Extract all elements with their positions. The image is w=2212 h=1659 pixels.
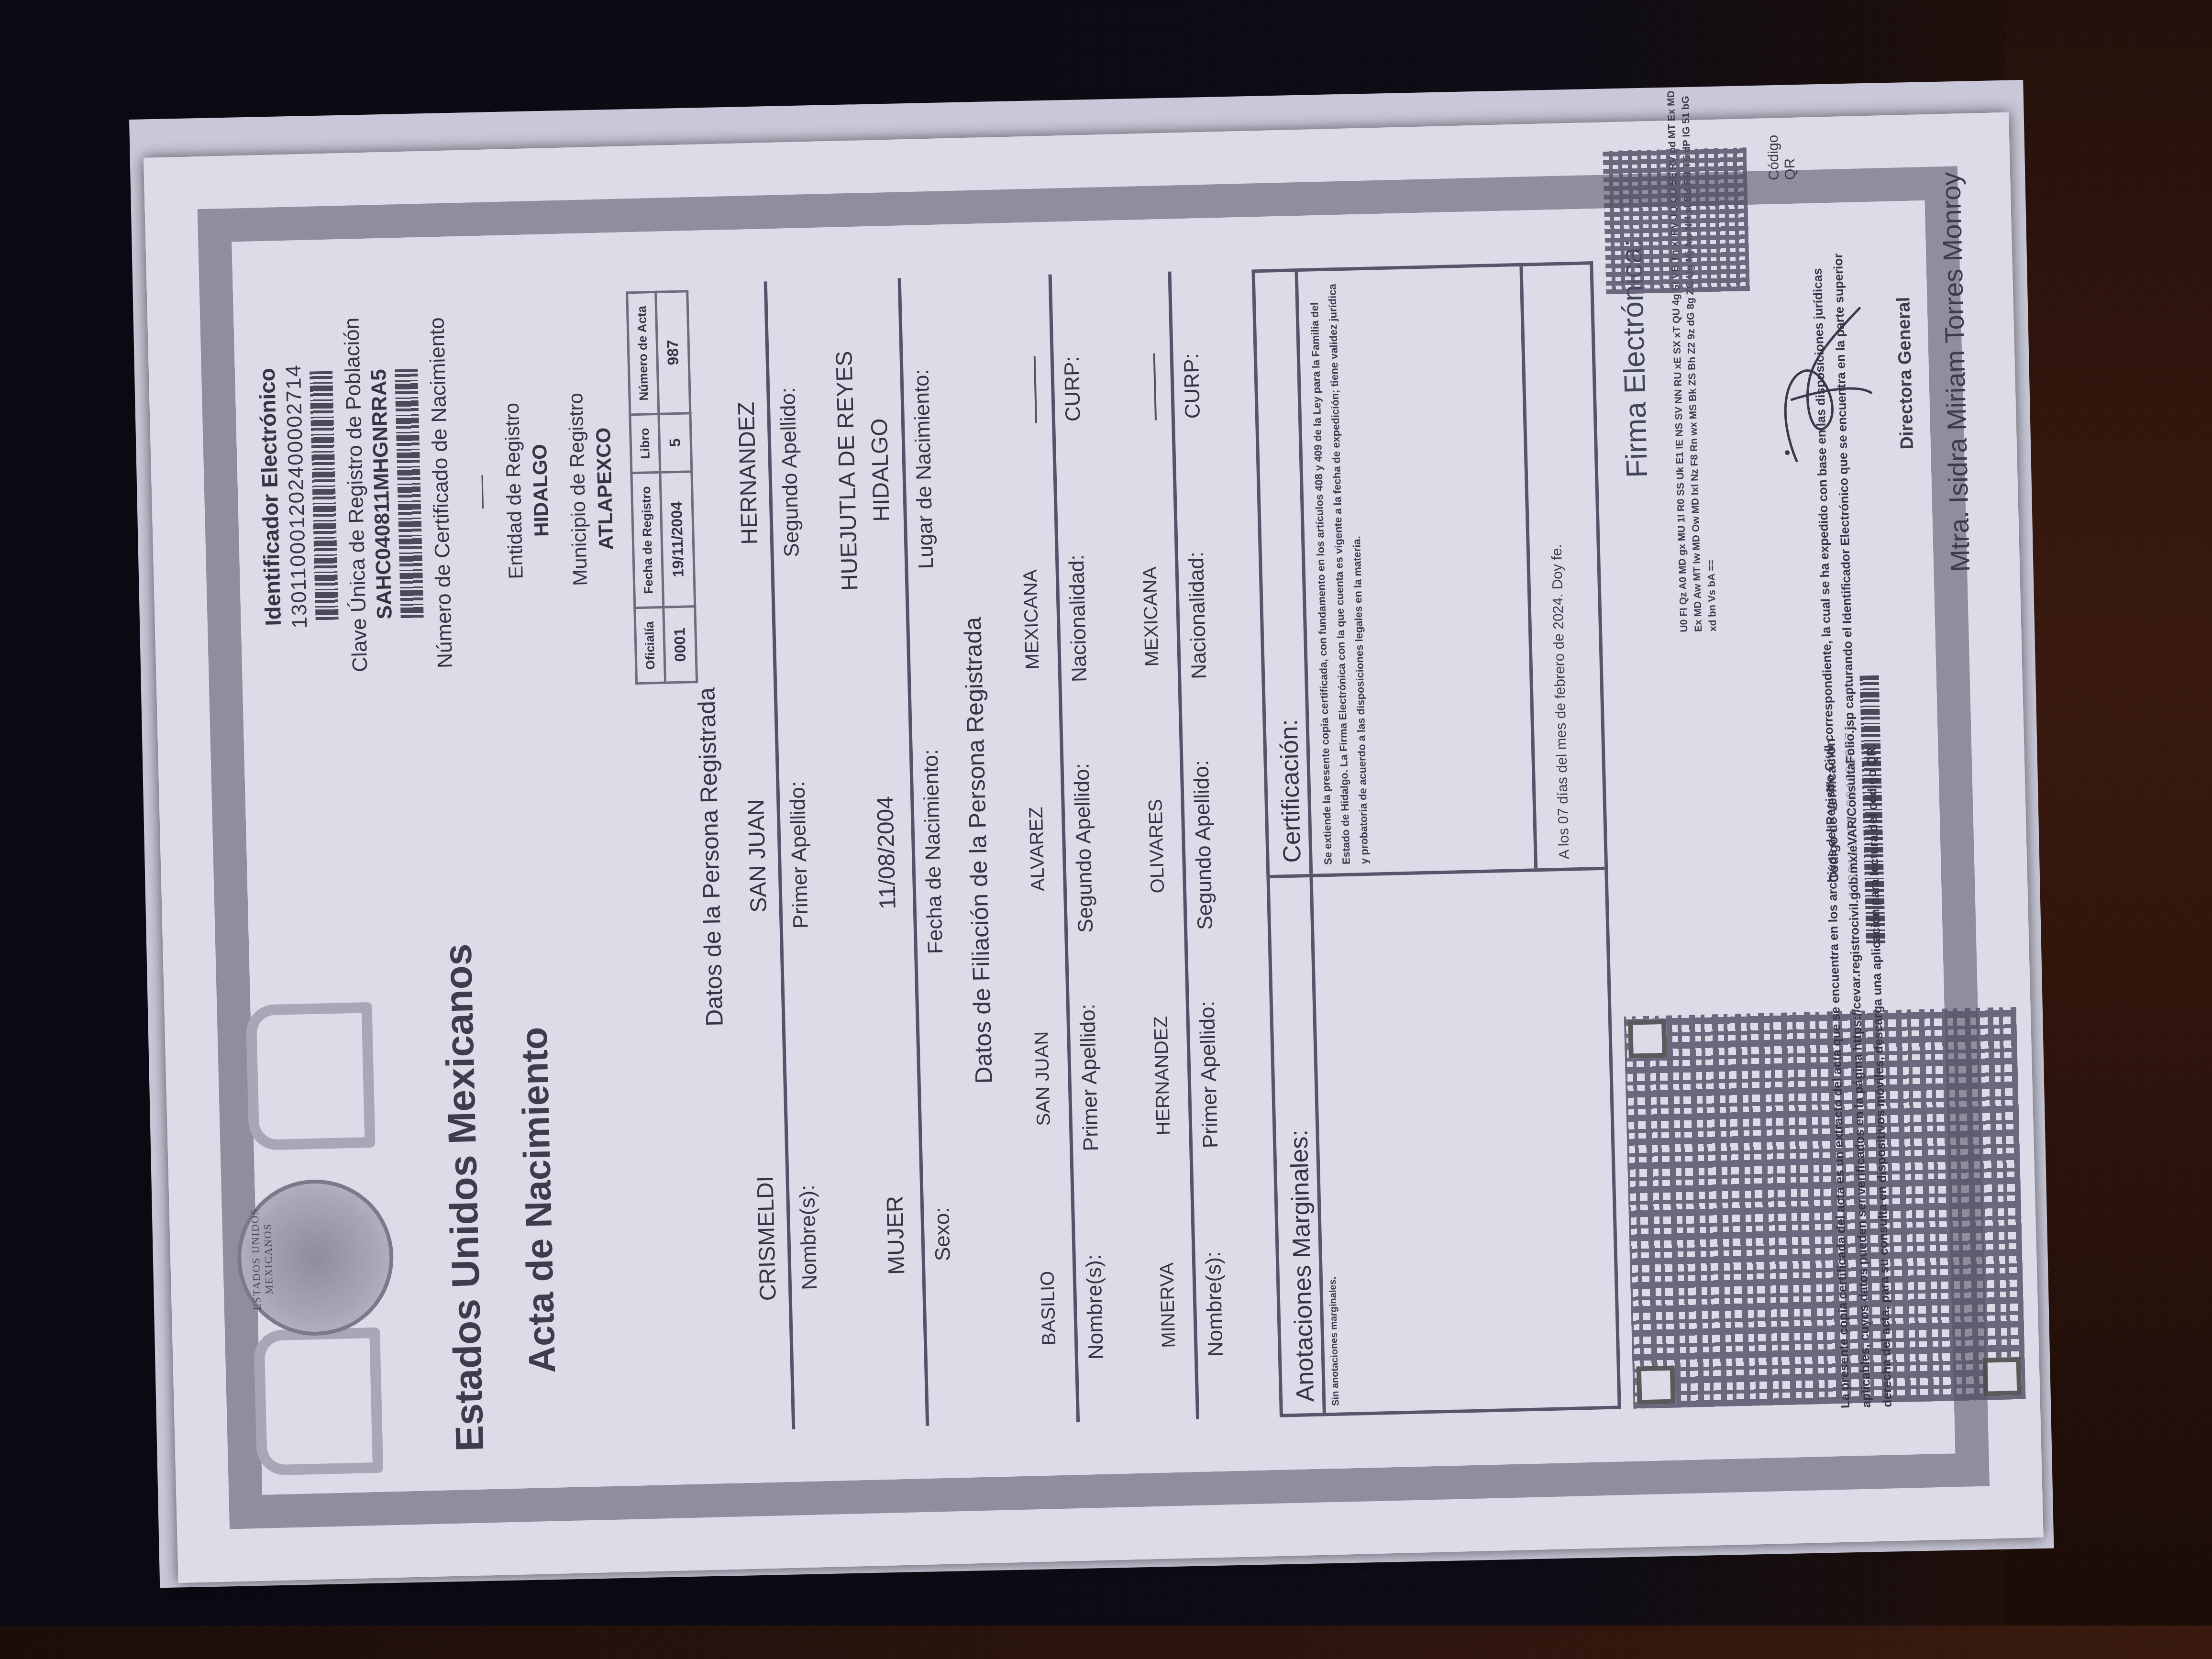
birth-place-label: Lugar de Nacimiento: — [907, 277, 941, 661]
names-label: Nombre(s): — [1200, 1189, 1229, 1419]
parent-first-surname: HERNANDEZ — [1149, 961, 1176, 1191]
parent-nationality: MEXICANA — [1138, 501, 1165, 731]
nationality-label: Nacionalidad: — [1183, 500, 1213, 730]
parent-nationality: MEXICANA — [1018, 504, 1045, 734]
parent-second-surname: OLIVARES — [1143, 731, 1171, 961]
signatory-name: Mtra. Isidra Miriam Torres Monroy — [1935, 156, 1976, 587]
country-title: Estados Unidos Mexicanos — [433, 829, 493, 1452]
certification-text: Se extiende la presente copia certificad… — [1298, 266, 1538, 874]
curp-barcode — [395, 369, 424, 618]
sex-label: Sexo: — [926, 1042, 960, 1426]
signatory-block: Directora General Mtra. Isidra Miriam To… — [1890, 156, 1976, 589]
certification: Certificación: Se extiende la presente c… — [1255, 265, 1605, 875]
person-birth-date: 11/08/2004 — [869, 661, 905, 1044]
qr-code-label: Código QR — [1765, 134, 1799, 180]
identifiers-block: Identificador Electrónico 13011000120240… — [251, 235, 699, 748]
parent-row: MINERVA HERNANDEZ OLIVARES MEXICANA Nomb… — [1132, 270, 1256, 1420]
person-name-row: CRISMELDI SAN JUAN HERNANDEZ Nombre(s): … — [730, 280, 845, 1430]
curp-label: CURP: — [1177, 271, 1207, 501]
electronic-id-barcode — [310, 371, 339, 620]
parent-curp — [1132, 273, 1138, 502]
person-birth-row: MUJER 11/08/2004 HUEJUTLA DE REYES HIDAL… — [826, 277, 950, 1427]
first-surname-label: Primer Apellido: — [783, 663, 816, 1046]
marginal-annotations: Anotaciones Marginales: Sin anotaciones … — [1270, 867, 1617, 1414]
second-surname-label: Segundo Apellido: — [1189, 730, 1218, 960]
nationality-label: Nacionalidad: — [1063, 503, 1093, 733]
curp-blank — [1034, 356, 1037, 423]
filiation-title: Datos de Filiación de la Persona Registr… — [950, 262, 1006, 1439]
parent-names: MINERVA — [1154, 1190, 1182, 1420]
person-first-surname: SAN JUAN — [740, 664, 775, 1048]
registered-person-title: Datos de la Persona Registrada — [682, 268, 739, 1446]
certificate-sheet: ESTADOS UNIDOS MEXICANOS Estados Unidos … — [144, 112, 2044, 1583]
qr-code[interactable] — [1603, 147, 1750, 294]
document-title: Acta de Nacimiento — [507, 828, 566, 1450]
national-seal-icon: ESTADOS UNIDOS MEXICANOS — [235, 1178, 395, 1338]
header-oficialia: Oficialía — [635, 608, 665, 684]
annotations-certification-box: Anotaciones Marginales: Sin anotaciones … — [1251, 261, 1621, 1417]
parent-row: BASILIO SAN JUAN ALVAREZ MEXICANA Nombre… — [1013, 273, 1137, 1423]
birth-date-label: Fecha de Nacimiento: — [917, 660, 950, 1043]
names-label: Nombre(s): — [1080, 1192, 1110, 1422]
parent-names: BASILIO — [1035, 1193, 1062, 1423]
parent-second-surname: ALVAREZ — [1024, 734, 1051, 964]
header-libro: Libro — [630, 414, 660, 473]
header-fecha-registro: Fecha de Registro — [631, 472, 664, 608]
title-block: Estados Unidos Mexicanos Acta de Nacimie… — [433, 828, 566, 1452]
curp-blank — [1153, 353, 1157, 420]
person-sex: MUJER — [878, 1044, 914, 1427]
first-surname-label: Primer Apellido: — [1075, 962, 1105, 1193]
certificate-number-label: Número de Certificado de Nacimiento — [423, 242, 459, 744]
first-surname-label: Primer Apellido: — [1194, 960, 1224, 1190]
certificate-number-blank — [481, 475, 484, 509]
header-numero-acta: Número de Acta — [627, 292, 659, 415]
signatory-role: Directora General — [1890, 158, 1921, 589]
parent-curp — [1013, 276, 1018, 505]
emblem-band: ESTADOS UNIDOS MEXICANOS — [226, 990, 387, 1495]
certificate-content: ESTADOS UNIDOS MEXICANOS Estados Unidos … — [261, 240, 1925, 1456]
registration-block: Entidad de Registro HIDALGO Municipio de… — [496, 235, 699, 742]
seal-text: ESTADOS UNIDOS MEXICANOS — [248, 1184, 277, 1333]
aztec-glyph-icon — [245, 1002, 375, 1150]
aztec-glyph-icon — [254, 1327, 383, 1476]
names-label: Nombre(s): — [792, 1046, 826, 1429]
person-birth-place: HUEJUTLA DE REYES HIDALGO — [826, 278, 903, 663]
second-surname-label: Segundo Apellido: — [774, 281, 807, 664]
desk-edge — [0, 1626, 2212, 1659]
person-second-surname: HERNANDEZ — [730, 282, 766, 665]
curp-label: CURP: — [1058, 274, 1088, 504]
parent-first-surname: SAN JUAN — [1029, 963, 1057, 1194]
birth-certificate-page: ESTADOS UNIDOS MEXICANOS Estados Unidos … — [144, 112, 2044, 1583]
second-surname-label: Segundo Apellido: — [1069, 733, 1099, 963]
person-names: CRISMELDI — [749, 1047, 785, 1430]
verification-qr-code[interactable] — [1624, 1007, 2026, 1409]
